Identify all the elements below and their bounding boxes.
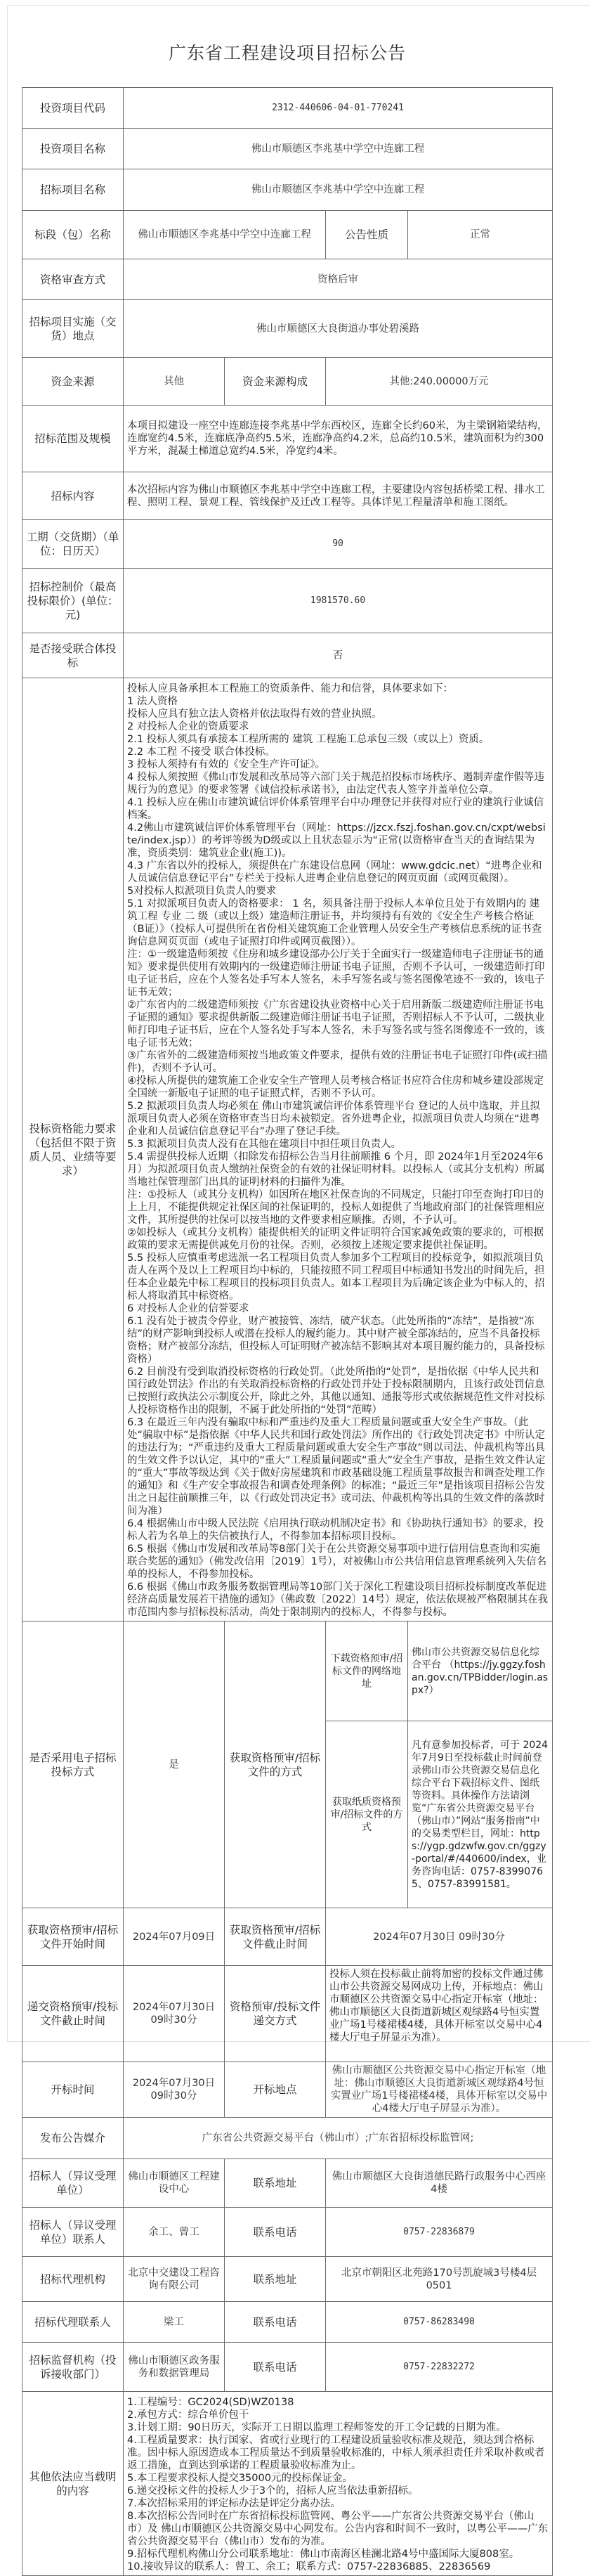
label: 联系电话 (225, 2208, 326, 2257)
text-line: 9.招标代理机构佛山分公司联系地址：佛山市南海区桂澜北路4号中盛国际大厦808室… (127, 2548, 549, 2561)
text-line: 6.4 根据佛山市中级人民法院《启用执行联动机制决定书》和《协助执行通知书》的要… (127, 1517, 549, 1543)
row-control-price: 招标控制价（最高投标限价）(单位：元) 1981570.60 (22, 569, 553, 633)
text-line: 6.3 在最近三年内没有骗取中标和严重违约及重大工程质量问题或重大安全生产事故。… (127, 1416, 549, 1517)
supervisor-value: 佛山市顺德区政务服务和数据管理局 (124, 2343, 225, 2392)
row-scope: 招标范围及规模 本项目拟建设一座空中连廊连接李兆基中学东西校区，连廊全长约60米… (22, 406, 553, 472)
label: 招标控制价（最高投标限价）(单位：元) (22, 569, 124, 633)
obtain-start-value: 2024年07月09日 (124, 1908, 225, 1966)
control-price-value: 1981570.60 (124, 569, 553, 633)
text-line: 4.1 投标人应在佛山市建筑诚信评价体系管理平台中办理登记并获得对应行业的建筑行… (127, 796, 549, 822)
label: 投资项目代码 (22, 88, 124, 129)
label: 是否采用电子招标投标方式 (22, 1622, 124, 1908)
text-line: 4.工程质量要求：执行国家、省或行业现行的工程建设质量验收标准及规范，须达到合格… (127, 2434, 549, 2472)
scope-value: 本项目拟建设一座空中连廊连接李兆基中学东西校区，连廊全长约60米，为主梁钢箱梁结… (124, 406, 553, 472)
label: 招标代理联系人 (22, 2302, 124, 2343)
label: 资金来源构成 (225, 358, 326, 406)
label: 发布公告媒介 (22, 2118, 124, 2159)
text-line: 4.2佛山市建筑诚信评价体系管理平台（网址：https://jzcx.fszj.… (127, 822, 549, 860)
label: 获取资格预审/招标文件开始时间 (22, 1908, 124, 1966)
text-line: ②如投标人（或其分支机构）能提供相关的证明文件证明符合国家减免政策的要求的，可根… (127, 1226, 549, 1252)
text-line: 5.4 需提供投标人近期（扣除发布招标公告当月往前顺推 6 个月，即 2024年… (127, 1151, 549, 1189)
row-investment-name: 投资项目名称 佛山市顺德区李兆基中学空中连廊工程 (22, 129, 553, 169)
label: 联系电话 (225, 2343, 326, 2392)
row-funding: 资金来源 其他 资金来源构成 其他:240.00000万元 (22, 358, 553, 406)
text-line: 5对投标人拟派项目负责人的要求 (127, 885, 549, 898)
label: 投标资格能力要求（包括但不限于资质人员、业绩等要求） (22, 678, 124, 1622)
text-line: 1 法人资格 (127, 695, 549, 708)
row-agency: 招标代理机构 北京中交建设工程咨询有限公司 联系地址 北京市朝阳区北苑路170号… (22, 2257, 553, 2302)
text-line: 7.本次招标采用的评定标办法是评定分离办法。 (127, 2497, 549, 2510)
label: 联系地址 (225, 2159, 326, 2208)
media-value: 广东省公共资源交易平台（佛山市）;广东省招标投标监管网; (124, 2118, 553, 2159)
text-line: 4.3 广东省以外的投标人，须提供在广东建设信息网（网址：www.gdcic.n… (127, 860, 549, 885)
label: 标段（包）名称 (22, 211, 124, 259)
funding-composition-value: 其他:240.00000万元 (326, 358, 553, 406)
text-line: 8.本次招标公告同时在广东省招标投标监管网、粤公平——广东省公共资源交易平台（佛… (127, 2510, 549, 2548)
text-line: 5.1 对拟派项目负责人的资格要求： 1 名，须具备注册于投标人本单位且处于有效… (127, 898, 549, 948)
row-investment-code: 投资项目代码 2312-440606-04-01-770241 (22, 88, 553, 129)
opening-place-value: 佛山市顺德区公共资源交易中心指定开标室（地址：佛山市顺德区大良街道新城区观绿路4… (326, 2062, 553, 2118)
text-line: 2.1 投标人须具有承接本工程所需的 建筑 工程施工总承包三级（或以上）资质。 (127, 733, 549, 746)
label: 工期（交货期）（单位：日历天） (22, 520, 124, 569)
label: 获取资格预审/招标文件截止时间 (225, 1908, 326, 1966)
text-line: ④投标人所提供的建筑施工企业安全生产管理人员考核合格证书应符合住房和城乡建设部规… (127, 1075, 549, 1100)
qualification-requirements-text: 投标人应具备承担本工程施工的资质条件、能力和信誉，具体要求如下： 1 法人资格 … (124, 678, 553, 1622)
tender-project-name-value: 佛山市顺德区李兆基中学空中连廊工程 (124, 169, 553, 211)
text-line: 3 投标人须持有有效的《安全生产许可证》。 (127, 758, 549, 771)
submit-deadline-value: 2024年07月30日09时30分 (124, 1966, 225, 2062)
label: 招标项目实施（交货）地点 (22, 300, 124, 358)
row-submit: 递交资格预审/投标文件截止时间 2024年07月30日09时30分 资格预审/投… (22, 1966, 553, 2062)
label: 招标代理机构 (22, 2257, 124, 2302)
label: 资金来源 (22, 358, 124, 406)
qualification-method-value: 资格后审 (124, 259, 553, 300)
label: 招标项目名称 (22, 169, 124, 211)
tenderer-phone-value: 0757-22836879 (326, 2208, 553, 2257)
text-line: 投标人应具有独立法人资格并依法取得有效的营业执照。 (127, 708, 549, 720)
row-location: 招标项目实施（交货）地点 佛山市顺德区大良街道办事处碧溪路 (22, 300, 553, 358)
label: 招标人（异议受理单位） (22, 2159, 124, 2208)
text-line: 投标人应具备承担本工程施工的资质条件、能力和信誉，具体要求如下： (127, 682, 549, 695)
row-section-name: 标段（包）名称 佛山市顺德区李兆基中学空中连廊工程 公告性质 正常 (22, 211, 553, 259)
submit-method-value: 投标人须在投标截止前将加密的投标文件通过佛山市公共资源交易网成功上传，开标地点：… (326, 1966, 553, 2062)
electronic-value: 是 (124, 1622, 225, 1908)
text-line: ②广东省内的二级建造师须按《广东省建设执业资格中心关于启用新版二级建造师注册证书… (127, 999, 549, 1049)
label: 投资项目名称 (22, 129, 124, 169)
text-line: 5.本工程要求投标人提交35000元的投标保证金。 (127, 2472, 549, 2485)
text-line: 6.6 根据《佛山市政务服务数据管理局等10部门关于深化工程建设项目招标投标制度… (127, 1581, 549, 1619)
label: 公告性质 (326, 211, 408, 259)
label: 获取资格预审/招标文件的方式 (225, 1622, 326, 1908)
investment-code-value: 2312-440606-04-01-770241 (124, 88, 553, 129)
text-line: 6.2 目前没有受到取消投标资格的行政处罚。（此处所指的“处罚”，是指依据《中华… (127, 1366, 549, 1416)
row-opening: 开标时间 2024年07月30日09时30分 开标地点 佛山市顺德区公共资源交易… (22, 2062, 553, 2118)
label: 招标内容 (22, 472, 124, 520)
text-line: 2.2 本工程 不接受 联合体投标。 (127, 746, 549, 758)
supervisor-phone-value: 0757-22832272 (326, 2343, 553, 2392)
text-line: 10.接收异议的联系人：曾工、余工；联系方式：0757-22836885、228… (127, 2561, 549, 2573)
label: 资格预审/投标文件递交方式 (225, 1966, 326, 2062)
text-line: ③广东省外的二级建造师须按当地政策文件要求，提供有效的注册证书电子证照打印件(或… (127, 1049, 549, 1075)
paper-method-value: 凡有意参加投标者，可于 2024年7月9日至投标截止时间前登录佛山市公共资源交易… (408, 1721, 553, 1908)
announcement-table: 投资项目代码 2312-440606-04-01-770241 投资项目名称 佛… (22, 87, 553, 2576)
text-line: 2.承包方式：综合单价包干 (127, 2409, 549, 2421)
section-name-value: 佛山市顺德区李兆基中学空中连廊工程 (124, 211, 326, 259)
text-line: 5.2 拟派项目负责人均必须在 佛山市建筑诚信评价体系管理平台 登记的人员中选取… (127, 1100, 549, 1138)
label: 招标人（异议受理单位）联系人 (22, 2208, 124, 2257)
text-line: 注：①投标人（或其分支机构）如因所在地区社保查询的不同规定，只能打印至查询打印日… (127, 1189, 549, 1226)
row-supervisor: 招标监督机构（投诉接收部门） 佛山市顺德区政务服务和数据管理局 联系电话 075… (22, 2343, 553, 2392)
label: 联系地址 (225, 2257, 326, 2302)
tenderer-contact-value: 余工、曾工 (124, 2208, 225, 2257)
row-other: 其他依法应当载明的内容 1.工程编号：GC2024(SD)WZ0138 2.承包… (22, 2392, 553, 2576)
text-line: 注：①一级建造师须按《住房和城乡建设部办公厅关于全面实行一级建造师电子注册证书的… (127, 948, 549, 999)
label: 获取纸质资格预审/招标文件的方式 (326, 1721, 408, 1908)
row-joint-bid: 是否接受联合体投标 否 (22, 633, 553, 678)
text-line: 6.5 根据《佛山市发展和改革局等8部门关于在公共资源交易事项中进行信用信息查询… (127, 1543, 549, 1581)
label: 联系电话 (225, 2302, 326, 2343)
text-line: 4 投标人须按照《佛山市发展和改革局等六部门关于规范招投标市场秩序、遏制弄虚作假… (127, 771, 549, 796)
label: 招标监督机构（投诉接收部门） (22, 2343, 124, 2392)
row-agency-contact: 招标代理联系人 梁工 联系电话 0757-86283490 (22, 2302, 553, 2343)
label: 开标地点 (225, 2062, 326, 2118)
text-line: 5.3 拟派项目负责人没有在其他在建项目中担任项目负责人。 (127, 1138, 549, 1151)
row-duration: 工期（交货期）（单位：日历天） 90 (22, 520, 553, 569)
other-content-text: 1.工程编号：GC2024(SD)WZ0138 2.承包方式：综合单价包干 3.… (124, 2392, 553, 2576)
location-value: 佛山市顺德区大良街道办事处碧溪路 (124, 300, 553, 358)
text-line: 6 对投标人企业的信誉要求 (127, 1302, 549, 1315)
download-address-link[interactable]: 佛山市公共资源交易信息化综合平台 （https://jy.ggzy.foshan… (408, 1622, 553, 1721)
agency-address-value: 北京市朝阳区北苑路170号凯旋城3号楼4层0501 (326, 2257, 553, 2302)
opening-time-value: 2024年07月30日09时30分 (124, 2062, 225, 2118)
page-title: 广东省工程建设项目招标公告 (0, 39, 575, 65)
label: 是否接受联合体投标 (22, 633, 124, 678)
nature-value: 正常 (408, 211, 553, 259)
agency-contact-value: 梁工 (124, 2302, 225, 2343)
content-value: 本次招标内容为佛山市顺德区李兆基中学空中连廊工程，主要建设内容包括桥梁工程、排水… (124, 472, 553, 520)
row-content: 招标内容 本次招标内容为佛山市顺德区李兆基中学空中连廊工程，主要建设内容包括桥梁… (22, 472, 553, 520)
text-line: 6.递交投标文件的投标人少于3个的，招标人应当依法重新招标。 (127, 2485, 549, 2497)
funding-value: 其他 (124, 358, 225, 406)
agency-value: 北京中交建设工程咨询有限公司 (124, 2257, 225, 2302)
row-qualification-requirements: 投标资格能力要求（包括但不限于资质人员、业绩等要求） 投标人应具备承担本工程施工… (22, 678, 553, 1622)
tenderer-value: 佛山市顺德区工程建设中心 (124, 2159, 225, 2208)
obtain-end-value: 2024年07月30日 09时30分 (326, 1908, 553, 1966)
joint-bid-value: 否 (124, 633, 553, 678)
row-qualification-method: 资格审查方式 资格后审 (22, 259, 553, 300)
label: 开标时间 (22, 2062, 124, 2118)
label: 下载资格预审/招标文件的网络地址 (326, 1622, 408, 1721)
row-obtain-time: 获取资格预审/招标文件开始时间 2024年07月09日 获取资格预审/招标文件截… (22, 1908, 553, 1966)
label: 其他依法应当载明的内容 (22, 2392, 124, 2576)
label: 递交资格预审/投标文件截止时间 (22, 1966, 124, 2062)
text-line: 5.5 投标人应慎重考虑选派一名工程项目负责人参加多个工程项目的投标竞争，如拟派… (127, 1252, 549, 1302)
row-tenderer-contact: 招标人（异议受理单位）联系人 余工、曾工 联系电话 0757-22836879 (22, 2208, 553, 2257)
label: 招标范围及规模 (22, 406, 124, 472)
label: 资格审查方式 (22, 259, 124, 300)
text-line: 2 对投标人企业的资质要求 (127, 720, 549, 733)
agency-phone-value: 0757-86283490 (326, 2302, 553, 2343)
text-line: 1.工程编号：GC2024(SD)WZ0138 (127, 2396, 549, 2409)
row-tender-project-name: 招标项目名称 佛山市顺德区李兆基中学空中连廊工程 (22, 169, 553, 211)
tenderer-address-value: 佛山市顺德区大良街道德民路行政服务中心西座4楼 (326, 2159, 553, 2208)
duration-value: 90 (124, 520, 553, 569)
row-electronic-download: 是否采用电子招标投标方式 是 获取资格预审/招标文件的方式 下载资格预审/招标文… (22, 1622, 553, 1721)
investment-name-value: 佛山市顺德区李兆基中学空中连廊工程 (124, 129, 553, 169)
text-line: 6.1 没有处于被责令停业，财产被接管、冻结，破产状态。（此处所指的“冻结”，是… (127, 1315, 549, 1366)
text-line: 3.计划工期：90日历天，实际开工日期以监理工程师签发的开工令记载的日期为准。 (127, 2421, 549, 2434)
row-tenderer: 招标人（异议受理单位） 佛山市顺德区工程建设中心 联系地址 佛山市顺德区大良街道… (22, 2159, 553, 2208)
row-media: 发布公告媒介 广东省公共资源交易平台（佛山市）;广东省招标投标监管网; (22, 2118, 553, 2159)
